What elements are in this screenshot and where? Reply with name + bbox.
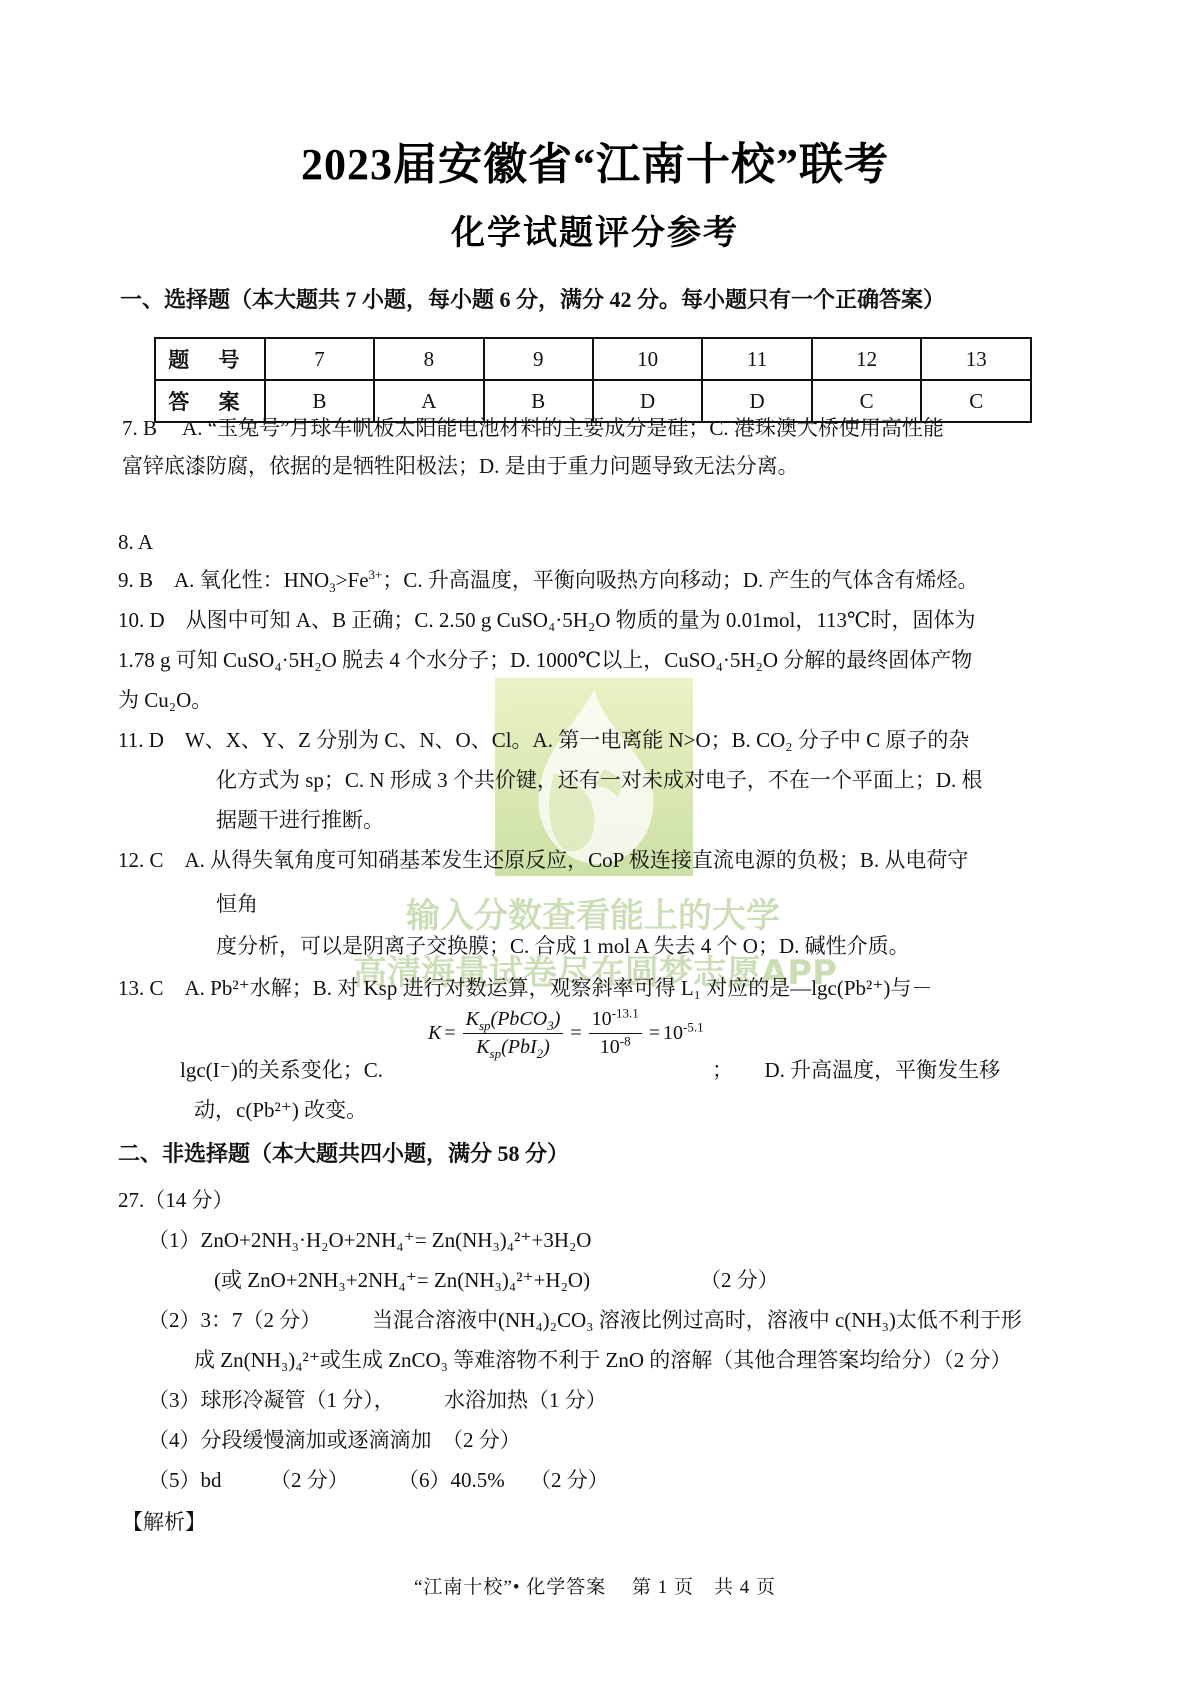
base: 10	[663, 1022, 683, 1044]
answer-table: 题 号 7 8 9 10 11 12 13 答 案 B A B D D C C	[154, 337, 1032, 423]
table-cell: 13	[921, 338, 1031, 380]
q9-text: ；C. 升高温度，平衡向吸热方向移动；D. 产生的气体含有烯烃。	[382, 568, 978, 592]
q12-line-1: 12. C A. 从得失氧角度可知硝基苯发生还原反应，CoP 极连接直流电源的负…	[118, 846, 968, 874]
section2-heading: 二、非选择题（本大题共四小题，满分 58 分）	[118, 1140, 569, 1168]
table-cell: 8	[374, 338, 483, 380]
q10-line-1: 10. D 从图中可知 A、B 正确；C. 2.50 g CuSO₄·5H₂O …	[118, 606, 976, 634]
q9-text: 9. B A. 氧化性：HNO	[118, 568, 329, 592]
base: 10	[600, 1036, 620, 1058]
q27-part3-b: 水浴加热（1 分）	[444, 1386, 607, 1414]
exponent: -13.1	[612, 1005, 639, 1020]
table-cell: 9	[484, 338, 593, 380]
q27-part1-line2: (或 ZnO+2NH₃+2NH₄⁺= Zn(NH₃)₄²⁺+H₂O)	[214, 1266, 590, 1294]
q11-line-3: 据题干进行推断。	[216, 806, 384, 834]
table-cell: 12	[812, 338, 922, 380]
q27-part5-answer: （5）bd	[148, 1466, 222, 1494]
formula-k: K	[428, 1022, 441, 1045]
document-title: 2023届安徽省“江南十校”联考	[0, 128, 1190, 192]
fraction-numerator: Ksp(PbCO3)	[463, 1008, 564, 1034]
compound: (PbCO	[491, 1008, 548, 1030]
page-footer: “江南十校”• 化学答案 第 1 页 共 4 页	[0, 1572, 1190, 1599]
table-cell: 11	[702, 338, 812, 380]
q13-line-1: 13. C A. Pb²⁺水解；B. 对 Ksp 进行对数运算，观察斜率可得 L…	[118, 974, 932, 1002]
fraction-denominator: 10-8	[597, 1034, 634, 1059]
q7-line-1: 7. B A. “玉兔号”月球车帆板太阳能电池材料的主要成分是硅；C. 港珠澳大…	[122, 414, 944, 442]
ksp-symbol: K	[476, 1036, 489, 1058]
q27-part1-score: （2 分）	[700, 1266, 779, 1294]
formula-equals: =	[444, 1022, 455, 1045]
q27-part6-answer: （6）40.5%	[398, 1466, 505, 1494]
q9-text: >Fe	[336, 568, 369, 592]
q27-part6-score: （2 分）	[530, 1466, 609, 1494]
fraction-denominator: Ksp(PbI2)	[473, 1034, 553, 1059]
q27-part4: （4）分段缓慢滴加或逐滴滴加 （2 分）	[148, 1426, 521, 1454]
fraction-numerator: 10-13.1	[589, 1008, 642, 1034]
fraction-powers: 10-13.1 10-8	[589, 1008, 642, 1059]
q11-line-1: 11. D W、X、Y、Z 分别为 C、N、O、Cl。A. 第一电离能 N>O；…	[118, 726, 969, 754]
q13-line-2-suffix: ； D. 升高温度，平衡发生移	[712, 1056, 1000, 1084]
q9-superscript: 3+	[369, 567, 383, 582]
q27-part3-a: （3）球形冷凝管（1 分），	[148, 1386, 395, 1414]
paren: )	[543, 1036, 550, 1058]
paren: )	[554, 1008, 561, 1030]
q8-line-1: 8. A	[118, 528, 153, 556]
watermark-text-1: 输入分数查看能上的大学	[0, 888, 1188, 937]
q27-title: 27.（14 分）	[118, 1186, 234, 1214]
q11-line-2: 化方式为 sp；C. N 形成 3 个共价键，还有一对未成对电子，不在一个平面上…	[216, 766, 983, 794]
table-cell: 10	[593, 338, 703, 380]
q9-line-1: 9. B A. 氧化性：HNO3>Fe3+；C. 升高温度，平衡向吸热方向移动；…	[118, 566, 979, 594]
q13-line-3: 动，c(Pb²⁺) 改变。	[194, 1096, 367, 1124]
fraction-ksp: Ksp(PbCO3) Ksp(PbI2)	[463, 1008, 564, 1059]
equilibrium-constant-formula: K = Ksp(PbCO3) Ksp(PbI2) = 10-13.1 10-8 …	[428, 1008, 704, 1059]
section1-heading: 一、选择题（本大题共 7 小题，每小题 6 分，满分 42 分。每小题只有一个正…	[120, 286, 945, 314]
analysis-label: 【解析】	[122, 1508, 206, 1536]
q10-line-2: 1.78 g 可知 CuSO₄·5H₂O 脱去 4 个水分子；D. 1000℃以…	[118, 646, 972, 674]
q27-part1-line1: （1）ZnO+2NH₃·H₂O+2NH₄⁺= Zn(NH₃)₄²⁺+3H₂O	[148, 1226, 591, 1254]
ksp-subscript: sp	[490, 1046, 502, 1061]
q27-part2-line2: 成 Zn(NH₃)₄²⁺或生成 ZnCO₃ 等难溶物不利于 ZnO 的溶解（其他…	[194, 1346, 1011, 1374]
row-label-question: 题 号	[155, 338, 265, 380]
table-row-questions: 题 号 7 8 9 10 11 12 13	[155, 338, 1031, 380]
formula-result: 10-5.1	[663, 1022, 704, 1045]
q10-line-3: 为 Cu₂O。	[118, 686, 212, 714]
exponent: -8	[620, 1033, 631, 1048]
table-cell: 7	[265, 338, 374, 380]
q27-part5-score: （2 分）	[270, 1466, 349, 1494]
answer-page: 2023届安徽省“江南十校”联考 化学试题评分参考 一、选择题（本大题共 7 小…	[0, 0, 1190, 1682]
base: 10	[592, 1008, 612, 1030]
q13-line-2-prefix: lgc(I⁻)的关系变化；C.	[180, 1056, 383, 1084]
formula-equals: =	[649, 1022, 660, 1045]
ksp-subscript: sp	[479, 1018, 491, 1033]
formula-equals: =	[570, 1022, 581, 1045]
exponent: -5.1	[683, 1019, 704, 1034]
ksp-symbol: K	[466, 1008, 479, 1030]
q27-part2-line1: 当混合溶液中(NH₄)₂CO₃ 溶液比例过高时，溶液中 c(NH₃)太低不利于形	[372, 1306, 1022, 1334]
compound: (PbI	[501, 1036, 537, 1058]
q7-line-2: 富锌底漆防腐，依据的是牺牲阳极法；D. 是由于重力问题导致无法分离。	[122, 452, 799, 480]
q27-part2-answer: （2）3：7（2 分）	[148, 1306, 321, 1334]
document-subtitle: 化学试题评分参考	[0, 205, 1190, 254]
